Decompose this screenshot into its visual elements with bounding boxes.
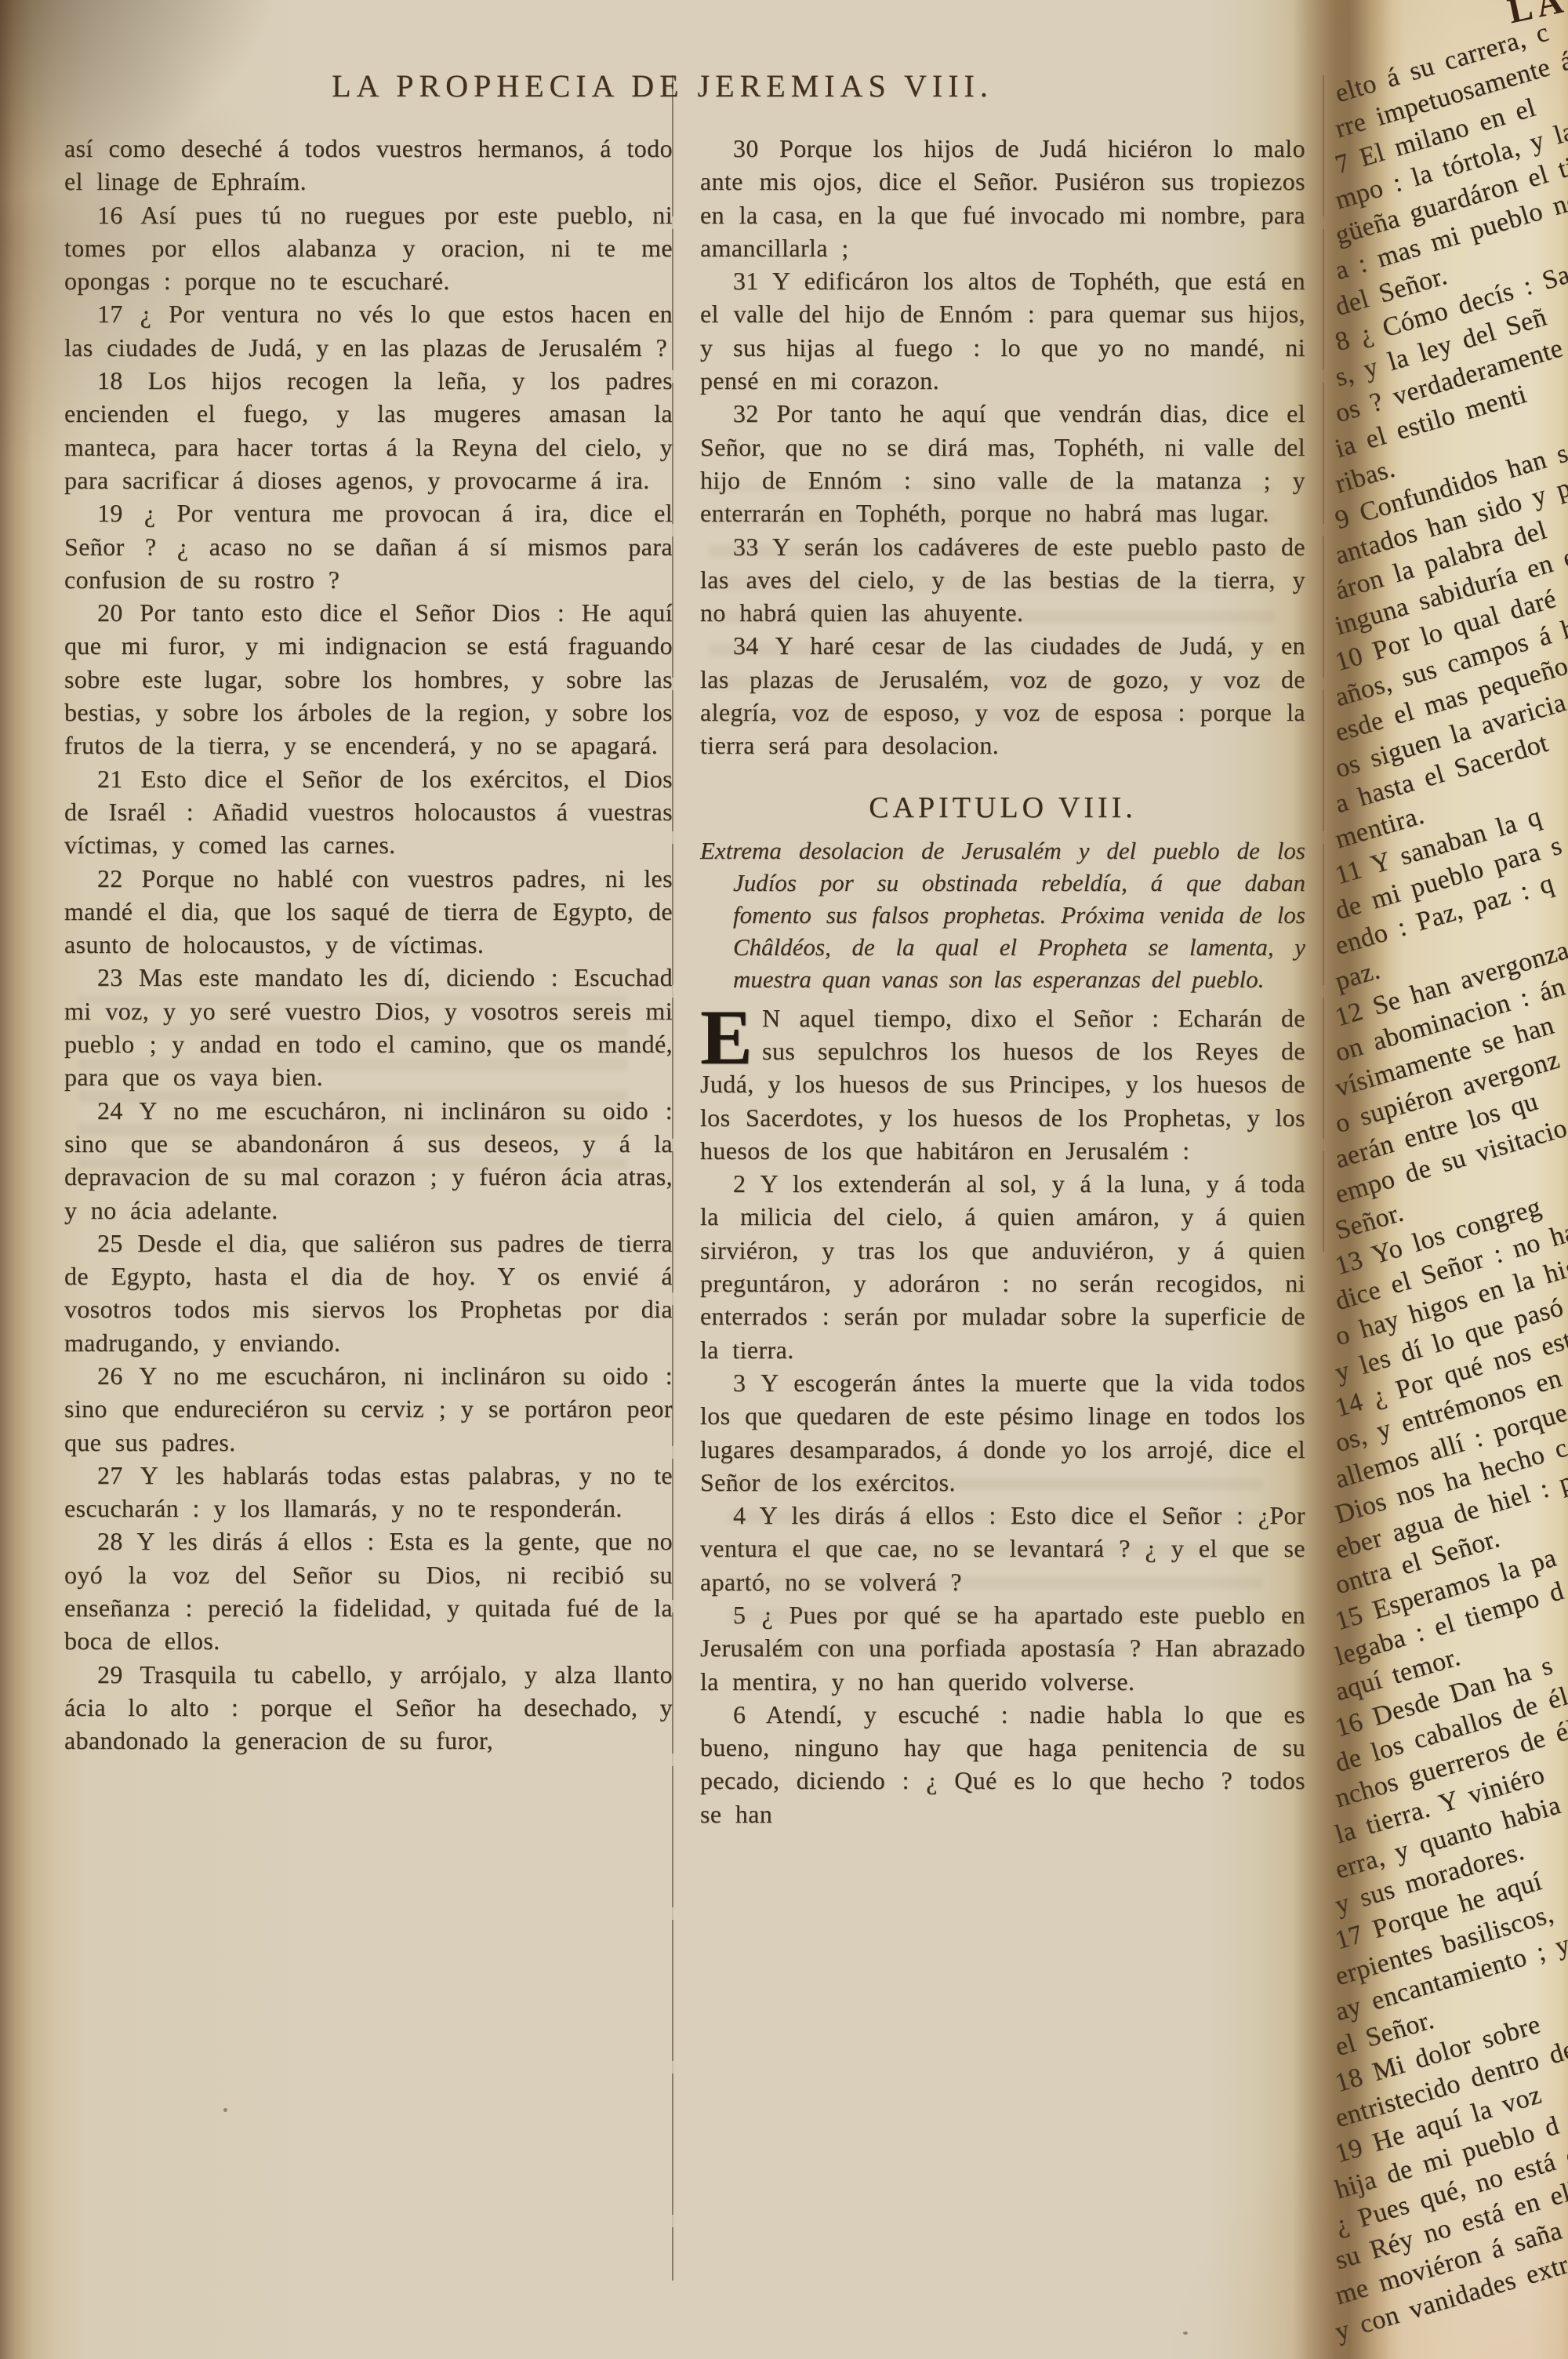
- verse-paragraph: 28 Y les dirás á ellos : Esta es la gent…: [64, 1525, 673, 1657]
- verse-paragraph: 21 Esto dice el Señor de los exércitos, …: [64, 762, 673, 862]
- verse-paragraph: 24 Y no me escucháron, ni inclináron su …: [64, 1094, 673, 1227]
- verse-paragraph: 33 Y serán los cadáveres de este pueblo …: [700, 530, 1305, 630]
- verse-paragraph-1: EN aquel tiempo, dixo el Señor : Echarán…: [700, 1001, 1305, 1167]
- verse-paragraph: 30 Porque los hijos de Judá hiciéron lo …: [700, 132, 1305, 264]
- facing-page-text: elto á su carrera, crre impetuosamente á…: [1336, 77, 1568, 2350]
- verse-paragraph: 31 Y edificáron los altos de Tophéth, qu…: [700, 264, 1305, 397]
- verse-paragraph: 22 Porque no hablé con vuestros padres, …: [64, 862, 673, 961]
- running-head: LA PROPHECIA DE JEREMIAS VIII.: [0, 67, 1325, 104]
- ink-speck: [223, 2108, 227, 2112]
- verse-paragraph: 32 Por tanto he aquí que vendrán dias, d…: [700, 397, 1305, 529]
- column-right: 30 Porque los hijos de Judá hiciéron lo …: [700, 132, 1305, 1830]
- verses-2-6: 2 Y los extenderán al sol, y á la luna, …: [700, 1167, 1305, 1830]
- book-spread: LA PROPHECIA DE JEREMIAS VIII. así como …: [0, 0, 1568, 2359]
- verses-30-34: 30 Porque los hijos de Judá hiciéron lo …: [700, 132, 1305, 762]
- verse-paragraph: 23 Mas este mandato les dí, diciendo : E…: [64, 961, 673, 1093]
- verse-paragraph: 25 Desde el dia, que saliéron sus padres…: [64, 1227, 673, 1359]
- chapter-summary: Extrema desolacion de Jerusalém y del pu…: [700, 834, 1305, 995]
- verse-paragraph: 26 Y no me escucháron, ni inclináron su …: [64, 1359, 673, 1459]
- verse-paragraph: 17 ¿ Por ventura no vés lo que estos hac…: [64, 297, 673, 364]
- verse-paragraph: 3 Y escogerán ántes la muerte que la vid…: [700, 1366, 1305, 1499]
- verse-paragraph: 16 Así pues tú no ruegues por este puebl…: [64, 198, 673, 298]
- ink-speck: [594, 1243, 598, 1247]
- verse-paragraph: 34 Y haré cesar de las ciudades de Judá,…: [700, 629, 1305, 761]
- verse-paragraph: 29 Trasquila tu cabello, y arrójalo, y a…: [64, 1658, 673, 1757]
- verse-paragraph: 4 Y les dirás á ellos : Esto dice el Señ…: [700, 1499, 1305, 1598]
- verse-paragraph: 19 ¿ Por ventura me provocan á ira, dice…: [64, 496, 673, 596]
- verse-paragraph: 18 Los hijos recogen la leña, y los padr…: [64, 364, 673, 496]
- verse-paragraph: 2 Y los extenderán al sol, y á la luna, …: [700, 1167, 1305, 1366]
- column-left: así como deseché á todos vuestros herman…: [64, 132, 673, 1757]
- verse-paragraph: 20 Por tanto esto dice el Señor Dios : H…: [64, 596, 673, 761]
- verse-text: N aquel tiempo, dixo el Señor : Echarán …: [700, 1004, 1305, 1165]
- drop-cap-initial: E: [700, 1001, 762, 1067]
- ink-speck: [1183, 2332, 1188, 2335]
- verse-paragraph: 5 ¿ Pues por qué se ha apartado este pue…: [700, 1598, 1305, 1698]
- verse-paragraph: 6 Atendí, y escuché : nadie habla lo que…: [700, 1698, 1305, 1830]
- verse-paragraph: 27 Y les hablarás todas estas palabras, …: [64, 1459, 673, 1525]
- ink-speck: [1226, 946, 1229, 949]
- outer-margin-rule: [1323, 75, 1324, 1252]
- verse-paragraph: así como deseché á todos vuestros herman…: [64, 132, 673, 198]
- chapter-heading: CAPITULO VIII.: [700, 791, 1305, 825]
